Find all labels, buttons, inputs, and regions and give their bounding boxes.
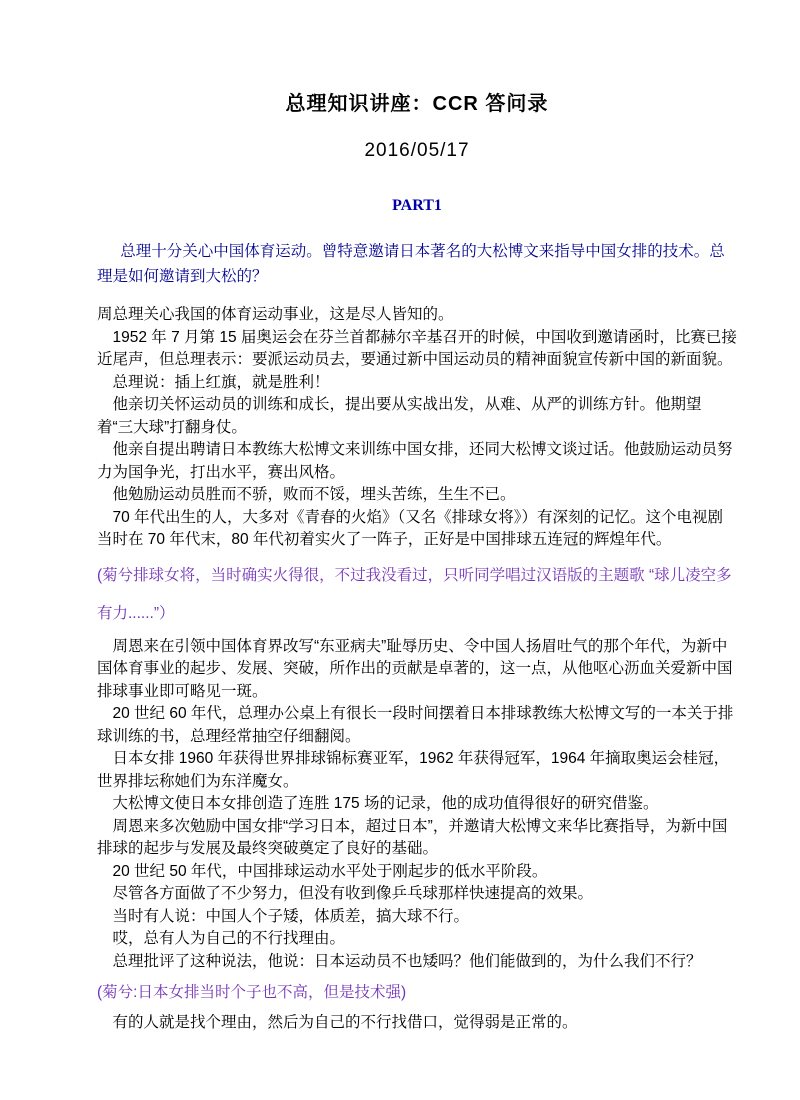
body-paragraph: 总理说：插上红旗，就是胜利！ <box>97 372 737 395</box>
question-paragraph: 总理十分关心中国体育运动。曾特意邀请日本著名的大松博文来指导中国女排的技术。总理… <box>97 239 737 289</box>
body-paragraph: 周恩来在引领中国体育界改写“东亚病夫”耻辱历史、令中国人扬眉吐气的那个年代，为新… <box>97 636 737 704</box>
document-title: 总理知识讲座：CCR 答问录 <box>97 91 737 117</box>
note-paragraph: (菊兮排球女将，当时确实火得很，不过我没看过，只听同学唱过汉语版的主题歌 “球儿… <box>97 557 737 633</box>
body-paragraph: 当时有人说：中国人个子矮，体质差，搞大球不行。 <box>97 906 737 929</box>
body-paragraph: 周恩来多次勉励中国女排“学习日本，超过日本”，并邀请大松博文来华比赛指导，为新中… <box>97 816 737 861</box>
section-heading: PART1 <box>97 196 737 215</box>
body-paragraph: 哎，总有人为自己的不行找理由。 <box>97 928 737 951</box>
document-date: 2016/05/17 <box>97 139 737 163</box>
body-paragraph: 他亲切关怀运动员的训练和成长，提出要从实战出发，从难、从严的训练方针。他期望着“… <box>97 394 737 439</box>
body-paragraph: 他勉励运动员胜而不骄，败而不馁，埋头苦练，生生不已。 <box>97 484 737 507</box>
body-paragraph: 大松博文使日本女排创造了连胜 175 场的记录，他的成功值得很好的研究借鉴。 <box>97 793 737 816</box>
body-paragraph: 日本女排 1960 年获得世界排球锦标赛亚军，1962 年获得冠军，1964 年… <box>97 748 737 793</box>
body-paragraph: 周总理关心我国的体育运动事业，这是尽人皆知的。 <box>97 304 737 327</box>
body-paragraph: 20 世纪 50 年代，中国排球运动水平处于刚起步的低水平阶段。 <box>97 861 737 884</box>
body-paragraph: 20 世纪 60 年代，总理办公桌上有很长一段时间摆着日本排球教练大松博文写的一… <box>97 703 737 748</box>
body-paragraph: 总理批评了这种说法，他说：日本运动员不也矮吗？他们能做到的，为什么我们不行？ <box>97 951 737 974</box>
body-paragraph: 有的人就是找个理由，然后为自己的不行找借口，觉得弱是正常的。 <box>97 1012 737 1035</box>
document-body: 总理十分关心中国体育运动。曾特意邀请日本著名的大松博文来指导中国女排的技术。总理… <box>97 239 737 1035</box>
note-paragraph: (菊兮:日本女排当时个子也不高，但是技术强) <box>97 982 737 1004</box>
body-paragraph: 70 年代出生的人，大多对《青春的火焰》（又名《排球女将》）有深刻的记忆。这个电… <box>97 507 737 552</box>
body-paragraph: 他亲自提出聘请日本教练大松博文来训练中国女排，还同大松博文谈过话。他鼓励运动员努… <box>97 439 737 484</box>
body-paragraph: 尽管各方面做了不少努力，但没有收到像乒乓球那样快速提高的效果。 <box>97 883 737 906</box>
body-paragraph: 1952 年 7 月第 15 届奥运会在芬兰首都赫尔辛基召开的时候，中国收到邀请… <box>97 327 737 372</box>
document-page: 总理知识讲座：CCR 答问录 2016/05/17 PART1 总理十分关心中国… <box>0 0 800 1100</box>
